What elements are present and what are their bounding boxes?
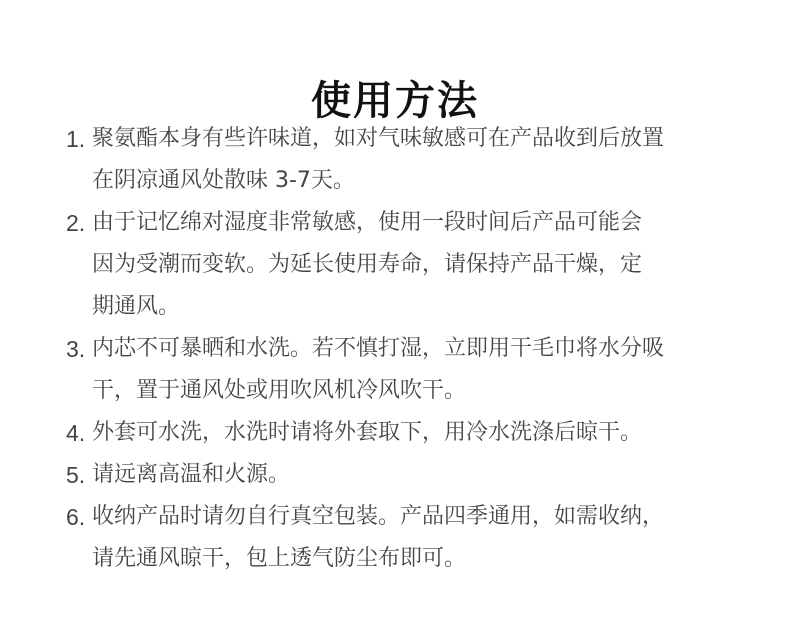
item-line: 因为受潮而变软。为延长使用寿命，请保持产品干燥，定	[92, 244, 746, 286]
instruction-item-1: 1. 聚氨酯本身有些许味道，如对气味敏感可在产品收到后放置 在阴凉通风处散味 3…	[66, 118, 746, 202]
item-line: 请远离高温和火源。	[92, 454, 746, 496]
item-line: 请先通风晾干，包上透气防尘布即可。	[92, 538, 746, 580]
instruction-item-5: 5. 请远离高温和火源。	[66, 454, 746, 496]
item-number: 5.	[66, 454, 92, 496]
item-number: 3.	[66, 328, 92, 370]
item-number: 6.	[66, 496, 92, 538]
item-text: 收纳产品时请勿自行真空包装。产品四季通用，如需收纳， 请先通风晾干，包上透气防尘…	[92, 496, 746, 580]
item-number: 2.	[66, 202, 92, 244]
instruction-item-3: 3. 内芯不可暴晒和水洗。若不慎打湿，立即用干毛巾将水分吸 干，置于通风处或用吹…	[66, 328, 746, 412]
item-text: 请远离高温和火源。	[92, 454, 746, 496]
item-line: 内芯不可暴晒和水洗。若不慎打湿，立即用干毛巾将水分吸	[92, 328, 746, 370]
item-line: 干，置于通风处或用吹风机冷风吹干。	[92, 370, 746, 412]
instruction-item-4: 4. 外套可水洗，水洗时请将外套取下，用冷水洗涤后晾干。	[66, 412, 746, 454]
item-line: 外套可水洗，水洗时请将外套取下，用冷水洗涤后晾干。	[92, 412, 746, 454]
usage-instructions-list: 1. 聚氨酯本身有些许味道，如对气味敏感可在产品收到后放置 在阴凉通风处散味 3…	[66, 118, 746, 580]
item-text: 内芯不可暴晒和水洗。若不慎打湿，立即用干毛巾将水分吸 干，置于通风处或用吹风机冷…	[92, 328, 746, 412]
item-line: 在阴凉通风处散味 3-7天。	[92, 160, 746, 202]
item-text: 聚氨酯本身有些许味道，如对气味敏感可在产品收到后放置 在阴凉通风处散味 3-7天…	[92, 118, 746, 202]
item-number: 4.	[66, 412, 92, 454]
item-line: 期通风。	[92, 286, 746, 328]
instruction-item-6: 6. 收纳产品时请勿自行真空包装。产品四季通用，如需收纳， 请先通风晾干，包上透…	[66, 496, 746, 580]
item-text: 由于记忆绵对湿度非常敏感，使用一段时间后产品可能会 因为受潮而变软。为延长使用寿…	[92, 202, 746, 328]
item-line: 聚氨酯本身有些许味道，如对气味敏感可在产品收到后放置	[92, 118, 746, 160]
item-line: 由于记忆绵对湿度非常敏感，使用一段时间后产品可能会	[92, 202, 746, 244]
item-line: 收纳产品时请勿自行真空包装。产品四季通用，如需收纳，	[92, 496, 746, 538]
item-number: 1.	[66, 118, 92, 160]
instruction-item-2: 2. 由于记忆绵对湿度非常敏感，使用一段时间后产品可能会 因为受潮而变软。为延长…	[66, 202, 746, 328]
item-text: 外套可水洗，水洗时请将外套取下，用冷水洗涤后晾干。	[92, 412, 746, 454]
